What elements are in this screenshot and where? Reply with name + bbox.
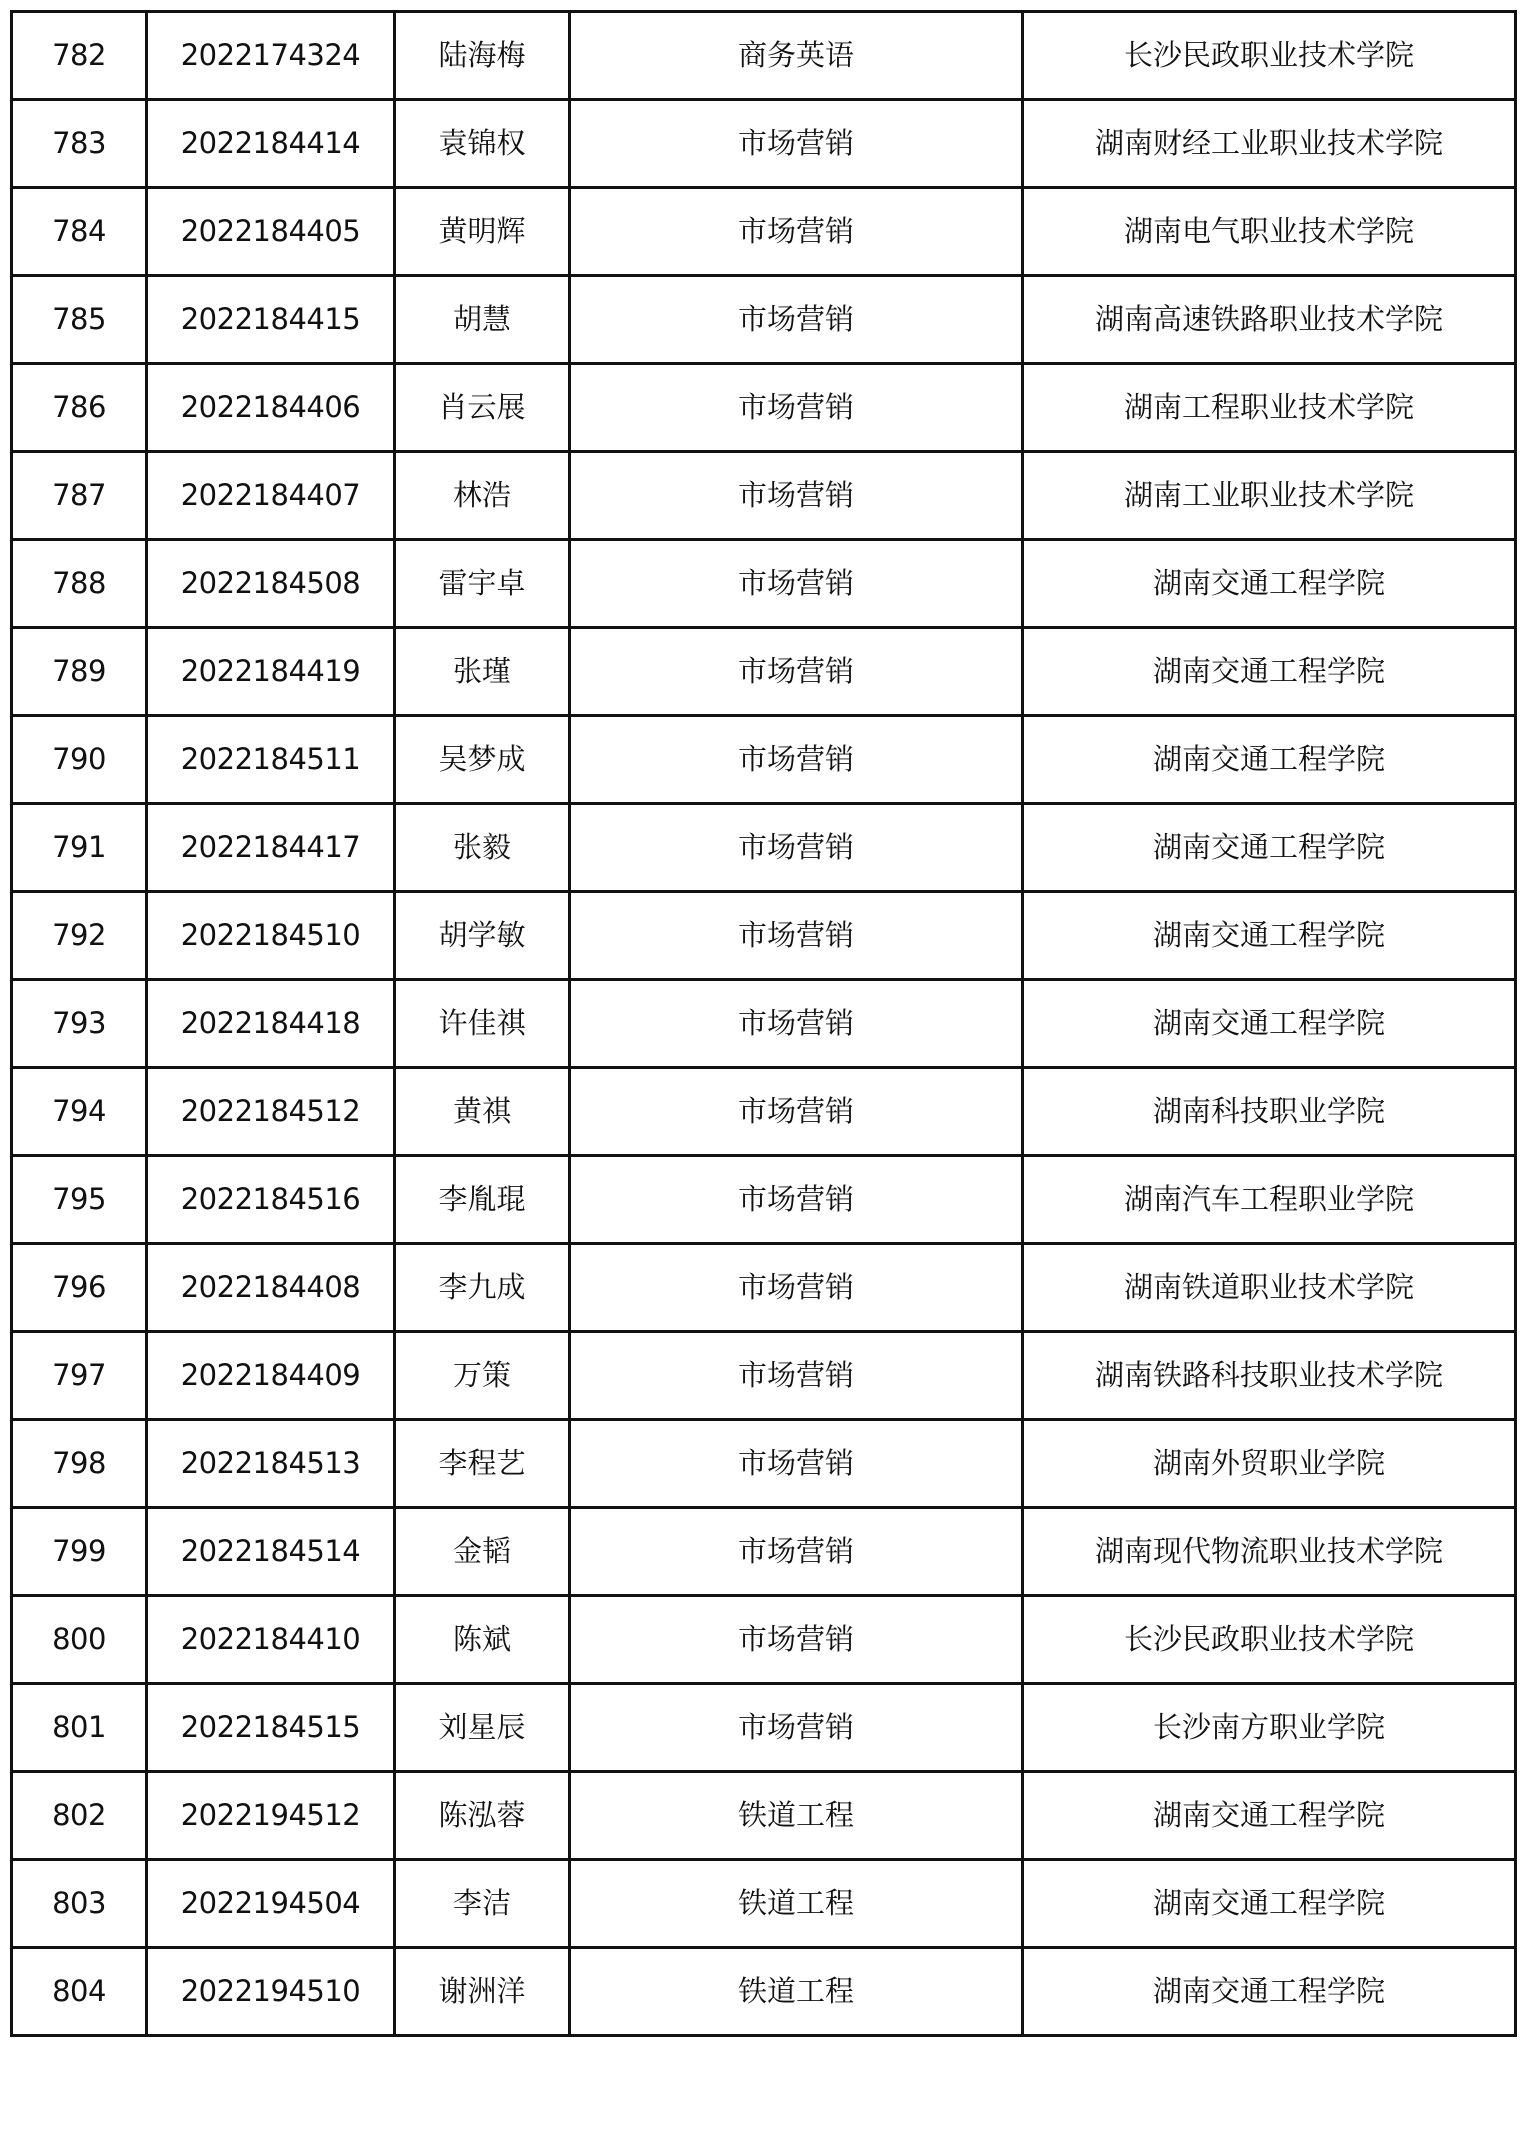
name-cell: 李胤琨 <box>395 1156 570 1244</box>
table-row: 7902022184511吴梦成市场营销湖南交通工程学院 <box>12 716 1516 804</box>
seq-cell: 785 <box>12 276 147 364</box>
name-cell: 张毅 <box>395 804 570 892</box>
name-cell: 刘星辰 <box>395 1684 570 1772</box>
seq-cell: 794 <box>12 1068 147 1156</box>
major-cell: 市场营销 <box>570 1244 1023 1332</box>
school-cell: 湖南交通工程学院 <box>1023 892 1516 980</box>
student-id-cell: 2022194512 <box>147 1772 395 1860</box>
student-id-cell: 2022184511 <box>147 716 395 804</box>
school-cell: 湖南现代物流职业技术学院 <box>1023 1508 1516 1596</box>
name-cell: 金韬 <box>395 1508 570 1596</box>
table-row: 7982022184513李程艺市场营销湖南外贸职业学院 <box>12 1420 1516 1508</box>
major-cell: 市场营销 <box>570 892 1023 980</box>
seq-cell: 788 <box>12 540 147 628</box>
table-row: 7972022184409万策市场营销湖南铁路科技职业技术学院 <box>12 1332 1516 1420</box>
table-row: 8032022194504李洁铁道工程湖南交通工程学院 <box>12 1860 1516 1948</box>
major-cell: 市场营销 <box>570 1156 1023 1244</box>
seq-cell: 797 <box>12 1332 147 1420</box>
school-cell: 湖南科技职业学院 <box>1023 1068 1516 1156</box>
school-cell: 湖南交通工程学院 <box>1023 1860 1516 1948</box>
school-cell: 湖南交通工程学院 <box>1023 980 1516 1068</box>
name-cell: 张瑾 <box>395 628 570 716</box>
student-id-cell: 2022194510 <box>147 1948 395 2036</box>
school-cell: 长沙民政职业技术学院 <box>1023 12 1516 100</box>
major-cell: 市场营销 <box>570 540 1023 628</box>
seq-cell: 799 <box>12 1508 147 1596</box>
seq-cell: 784 <box>12 188 147 276</box>
school-cell: 湖南电气职业技术学院 <box>1023 188 1516 276</box>
seq-cell: 801 <box>12 1684 147 1772</box>
name-cell: 胡学敏 <box>395 892 570 980</box>
school-cell: 湖南工业职业技术学院 <box>1023 452 1516 540</box>
table-row: 8022022194512陈泓蓉铁道工程湖南交通工程学院 <box>12 1772 1516 1860</box>
name-cell: 万策 <box>395 1332 570 1420</box>
major-cell: 市场营销 <box>570 1068 1023 1156</box>
school-cell: 湖南工程职业技术学院 <box>1023 364 1516 452</box>
student-roster-table: 7822022174324陆海梅商务英语长沙民政职业技术学院 783202218… <box>10 10 1517 2037</box>
student-id-cell: 2022184418 <box>147 980 395 1068</box>
student-id-cell: 2022194504 <box>147 1860 395 1948</box>
school-cell: 湖南铁道职业技术学院 <box>1023 1244 1516 1332</box>
major-cell: 市场营销 <box>570 364 1023 452</box>
name-cell: 陈泓蓉 <box>395 1772 570 1860</box>
seq-cell: 787 <box>12 452 147 540</box>
student-id-cell: 2022184407 <box>147 452 395 540</box>
student-id-cell: 2022184513 <box>147 1420 395 1508</box>
school-cell: 湖南铁路科技职业技术学院 <box>1023 1332 1516 1420</box>
student-id-cell: 2022184409 <box>147 1332 395 1420</box>
seq-cell: 796 <box>12 1244 147 1332</box>
table-row: 7962022184408李九成市场营销湖南铁道职业技术学院 <box>12 1244 1516 1332</box>
school-cell: 湖南汽车工程职业学院 <box>1023 1156 1516 1244</box>
student-id-cell: 2022184410 <box>147 1596 395 1684</box>
seq-cell: 790 <box>12 716 147 804</box>
table-row: 7832022184414袁锦权市场营销湖南财经工业职业技术学院 <box>12 100 1516 188</box>
table-row: 7842022184405黄明辉市场营销湖南电气职业技术学院 <box>12 188 1516 276</box>
seq-cell: 786 <box>12 364 147 452</box>
seq-cell: 802 <box>12 1772 147 1860</box>
major-cell: 市场营销 <box>570 1420 1023 1508</box>
name-cell: 李程艺 <box>395 1420 570 1508</box>
student-id-cell: 2022184417 <box>147 804 395 892</box>
seq-cell: 798 <box>12 1420 147 1508</box>
roster-body: 7822022174324陆海梅商务英语长沙民政职业技术学院 783202218… <box>12 12 1516 2036</box>
major-cell: 市场营销 <box>570 980 1023 1068</box>
seq-cell: 782 <box>12 12 147 100</box>
major-cell: 市场营销 <box>570 804 1023 892</box>
major-cell: 市场营销 <box>570 452 1023 540</box>
major-cell: 铁道工程 <box>570 1772 1023 1860</box>
table-row: 8002022184410陈斌市场营销长沙民政职业技术学院 <box>12 1596 1516 1684</box>
student-id-cell: 2022174324 <box>147 12 395 100</box>
school-cell: 湖南交通工程学院 <box>1023 540 1516 628</box>
student-id-cell: 2022184405 <box>147 188 395 276</box>
major-cell: 市场营销 <box>570 716 1023 804</box>
student-id-cell: 2022184419 <box>147 628 395 716</box>
table-row: 7862022184406肖云展市场营销湖南工程职业技术学院 <box>12 364 1516 452</box>
major-cell: 市场营销 <box>570 100 1023 188</box>
major-cell: 铁道工程 <box>570 1860 1023 1948</box>
table-row: 7932022184418许佳祺市场营销湖南交通工程学院 <box>12 980 1516 1068</box>
school-cell: 湖南财经工业职业技术学院 <box>1023 100 1516 188</box>
major-cell: 商务英语 <box>570 12 1023 100</box>
name-cell: 袁锦权 <box>395 100 570 188</box>
student-id-cell: 2022184510 <box>147 892 395 980</box>
school-cell: 湖南交通工程学院 <box>1023 1772 1516 1860</box>
school-cell: 湖南交通工程学院 <box>1023 628 1516 716</box>
name-cell: 谢洲洋 <box>395 1948 570 2036</box>
table-row: 7952022184516李胤琨市场营销湖南汽车工程职业学院 <box>12 1156 1516 1244</box>
student-id-cell: 2022184408 <box>147 1244 395 1332</box>
seq-cell: 803 <box>12 1860 147 1948</box>
student-id-cell: 2022184406 <box>147 364 395 452</box>
table-row: 8042022194510谢洲洋铁道工程湖南交通工程学院 <box>12 1948 1516 2036</box>
school-cell: 湖南交通工程学院 <box>1023 716 1516 804</box>
major-cell: 市场营销 <box>570 1596 1023 1684</box>
major-cell: 市场营销 <box>570 1684 1023 1772</box>
school-cell: 湖南交通工程学院 <box>1023 1948 1516 2036</box>
school-cell: 湖南外贸职业学院 <box>1023 1420 1516 1508</box>
student-id-cell: 2022184516 <box>147 1156 395 1244</box>
student-id-cell: 2022184415 <box>147 276 395 364</box>
seq-cell: 793 <box>12 980 147 1068</box>
table-row: 8012022184515刘星辰市场营销长沙南方职业学院 <box>12 1684 1516 1772</box>
school-cell: 长沙民政职业技术学院 <box>1023 1596 1516 1684</box>
school-cell: 湖南高速铁路职业技术学院 <box>1023 276 1516 364</box>
table-row: 7942022184512黄祺市场营销湖南科技职业学院 <box>12 1068 1516 1156</box>
seq-cell: 783 <box>12 100 147 188</box>
major-cell: 市场营销 <box>570 1332 1023 1420</box>
student-id-cell: 2022184512 <box>147 1068 395 1156</box>
name-cell: 肖云展 <box>395 364 570 452</box>
seq-cell: 789 <box>12 628 147 716</box>
student-id-cell: 2022184515 <box>147 1684 395 1772</box>
table-row: 7912022184417张毅市场营销湖南交通工程学院 <box>12 804 1516 892</box>
table-row: 7892022184419张瑾市场营销湖南交通工程学院 <box>12 628 1516 716</box>
name-cell: 李九成 <box>395 1244 570 1332</box>
student-id-cell: 2022184414 <box>147 100 395 188</box>
seq-cell: 804 <box>12 1948 147 2036</box>
name-cell: 许佳祺 <box>395 980 570 1068</box>
major-cell: 市场营销 <box>570 276 1023 364</box>
name-cell: 陈斌 <box>395 1596 570 1684</box>
name-cell: 林浩 <box>395 452 570 540</box>
seq-cell: 795 <box>12 1156 147 1244</box>
seq-cell: 791 <box>12 804 147 892</box>
school-cell: 长沙南方职业学院 <box>1023 1684 1516 1772</box>
seq-cell: 800 <box>12 1596 147 1684</box>
table-row: 7822022174324陆海梅商务英语长沙民政职业技术学院 <box>12 12 1516 100</box>
table-row: 7992022184514金韬市场营销湖南现代物流职业技术学院 <box>12 1508 1516 1596</box>
major-cell: 市场营销 <box>570 1508 1023 1596</box>
seq-cell: 792 <box>12 892 147 980</box>
table-row: 7872022184407林浩市场营销湖南工业职业技术学院 <box>12 452 1516 540</box>
major-cell: 市场营销 <box>570 188 1023 276</box>
name-cell: 黄明辉 <box>395 188 570 276</box>
table-row: 7852022184415胡慧市场营销湖南高速铁路职业技术学院 <box>12 276 1516 364</box>
student-id-cell: 2022184508 <box>147 540 395 628</box>
student-id-cell: 2022184514 <box>147 1508 395 1596</box>
name-cell: 雷宇卓 <box>395 540 570 628</box>
name-cell: 吴梦成 <box>395 716 570 804</box>
school-cell: 湖南交通工程学院 <box>1023 804 1516 892</box>
name-cell: 陆海梅 <box>395 12 570 100</box>
name-cell: 李洁 <box>395 1860 570 1948</box>
name-cell: 胡慧 <box>395 276 570 364</box>
name-cell: 黄祺 <box>395 1068 570 1156</box>
major-cell: 市场营销 <box>570 628 1023 716</box>
table-row: 7882022184508雷宇卓市场营销湖南交通工程学院 <box>12 540 1516 628</box>
table-row: 7922022184510胡学敏市场营销湖南交通工程学院 <box>12 892 1516 980</box>
major-cell: 铁道工程 <box>570 1948 1023 2036</box>
